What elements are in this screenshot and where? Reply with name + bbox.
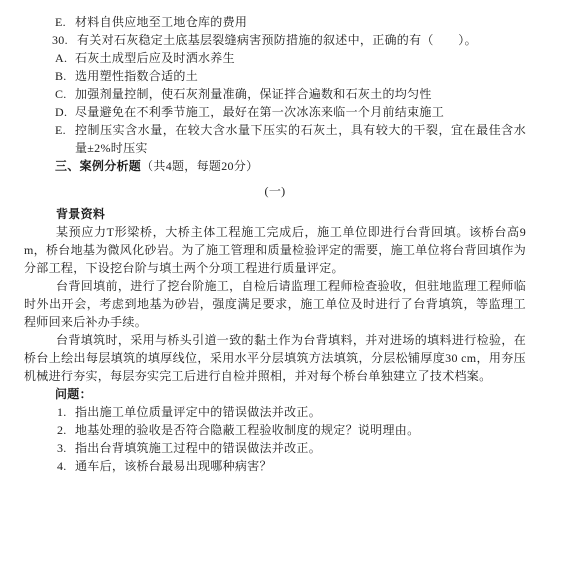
question-30-option-e: E.控制压实含水量，在较大含水量下压实的石灰土，具有较大的干裂，宜在最佳含水量±…	[24, 121, 526, 157]
background-paragraph-3: 台背填筑时，采用与桥头引道一致的黏土作为台背填料，并对进场的填料进行检验，在桥台…	[24, 331, 526, 385]
option-label: C.	[55, 85, 67, 103]
option-label: A.	[55, 49, 67, 67]
option-text: 石灰土成型后应及时洒水养生	[75, 51, 235, 65]
question-item-text: 地基处理的验收是否符合隐蔽工程验收制度的规定？说明理由。	[75, 423, 419, 437]
section-heading: 三、案例分析题（共4题，每题20分）	[24, 157, 526, 175]
option-label: B.	[55, 67, 67, 85]
question-item-text: 指出施工单位质量评定中的错误做法并改正。	[75, 405, 321, 419]
case-number: (一)	[24, 182, 526, 200]
option-text: 控制压实含水量，在较大含水量下压实的石灰土，具有较大的干裂，宜在最佳含水量±2%…	[75, 123, 526, 155]
question-item-text: 通车后，该桥台最易出现哪种病害？	[75, 459, 272, 473]
option-label: E.	[55, 121, 66, 139]
prev-question-option-e: E.材料自供应地至工地仓库的费用	[24, 13, 526, 31]
option-text: 加强剂量控制，使石灰剂量准确，保证拌合遍数和石灰土的均匀性	[75, 87, 432, 101]
option-text: 选用塑性指数合适的土	[75, 69, 198, 83]
question-item-number: 4.	[57, 457, 67, 475]
question-30-stem: 30.有关对石灰稳定土底基层裂缝病害预防措施的叙述中，正确的有（ ）。	[24, 31, 526, 49]
case-question-2: 2.地基处理的验收是否符合隐蔽工程验收制度的规定？说明理由。	[24, 421, 526, 439]
background-heading: 背景资料	[24, 205, 526, 223]
section-title: 三、案例分析题	[55, 159, 141, 173]
background-paragraph-2: 台背回填前，进行了挖台阶施工，自检后请监理工程师检查验收，但驻地监理工程师临时外…	[24, 277, 526, 331]
question-30-option-b: B.选用塑性指数合适的土	[24, 67, 526, 85]
question-30-option-d: D.尽量避免在不利季节施工，最好在第一次冰冻来临一个月前结束施工	[24, 103, 526, 121]
question-stem-text: 有关对石灰稳定土底基层裂缝病害预防措施的叙述中，正确的有（ ）。	[77, 33, 477, 47]
option-label: D.	[55, 103, 67, 121]
question-item-text: 指出台背填筑施工过程中的错误做法并改正。	[75, 441, 321, 455]
background-paragraph-1: 某预应力T形梁桥，大桥主体工程施工完成后，施工单位即进行台背回填。该桥台高9 m…	[24, 223, 526, 277]
question-30-option-c: C.加强剂量控制，使石灰剂量准确，保证拌合遍数和石灰土的均匀性	[24, 85, 526, 103]
question-item-number: 2.	[57, 421, 67, 439]
scanned-exam-page: E.材料自供应地至工地仓库的费用 30.有关对石灰稳定土底基层裂缝病害预防措施的…	[0, 0, 580, 574]
section-note: （共4题，每题20分）	[141, 159, 258, 173]
question-number: 30.	[52, 31, 68, 49]
case-question-3: 3.指出台背填筑施工过程中的错误做法并改正。	[24, 439, 526, 457]
question-item-number: 1.	[57, 403, 67, 421]
question-30-option-a: A.石灰土成型后应及时洒水养生	[24, 49, 526, 67]
questions-heading: 问题：	[24, 385, 526, 403]
case-question-4: 4.通车后，该桥台最易出现哪种病害？	[24, 457, 526, 475]
question-item-number: 3.	[57, 439, 67, 457]
option-label: E.	[55, 13, 66, 31]
option-text: 尽量避免在不利季节施工，最好在第一次冰冻来临一个月前结束施工	[75, 105, 444, 119]
option-text: 材料自供应地至工地仓库的费用	[75, 15, 247, 29]
case-question-1: 1.指出施工单位质量评定中的错误做法并改正。	[24, 403, 526, 421]
